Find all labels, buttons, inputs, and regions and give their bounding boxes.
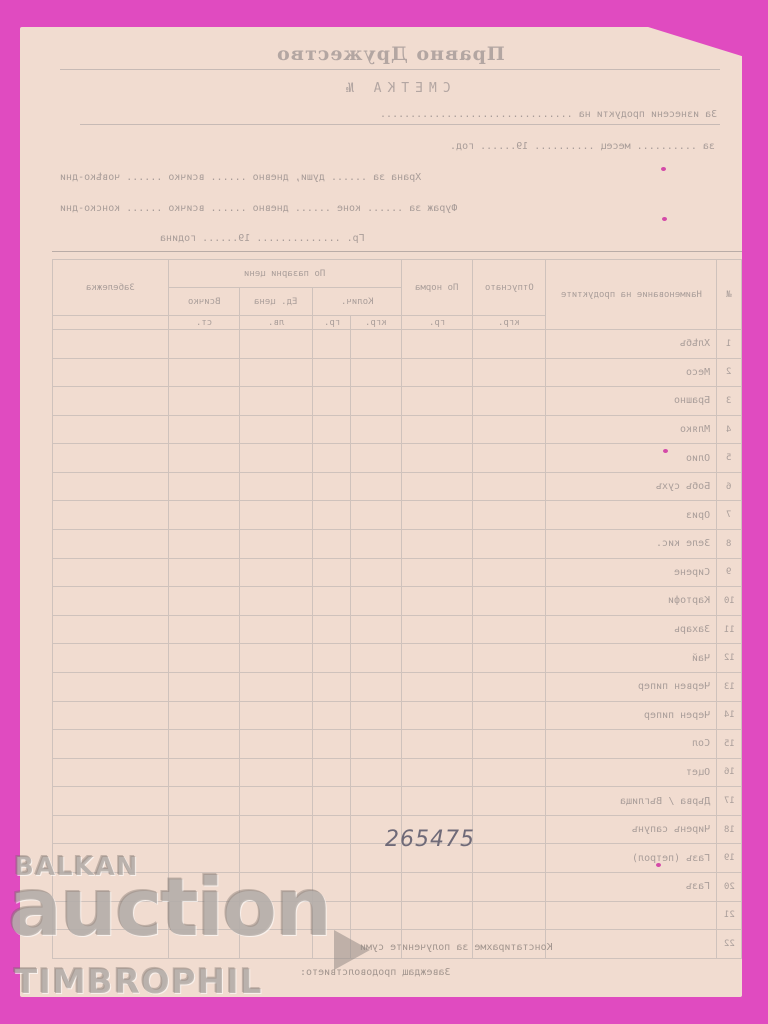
cell-item-name: Олио xyxy=(546,444,717,473)
cell-norm xyxy=(402,872,473,901)
cell-issued xyxy=(473,901,546,930)
cell-total xyxy=(169,672,240,701)
cell-item-name: Зеле кис. xyxy=(546,530,717,559)
col-total: Всичко xyxy=(169,288,240,316)
cell-row-number: 12 xyxy=(717,644,742,673)
col-group-market: По пазарни цени xyxy=(169,260,402,288)
pinhole xyxy=(663,449,668,453)
cell-total xyxy=(169,615,240,644)
unit-cell: ст. xyxy=(169,316,240,330)
cell-norm xyxy=(402,358,473,387)
cell-row-number: 9 xyxy=(717,558,742,587)
cell-row-number: 7 xyxy=(717,501,742,530)
cell-remarks xyxy=(53,730,169,759)
cell-qty-a xyxy=(313,672,351,701)
table-row: Зеле кис.8 xyxy=(53,530,742,559)
table-row: Месо2 xyxy=(53,358,742,387)
cell-row-number: 3 xyxy=(717,387,742,416)
cell-item-name: Хлѣбъ xyxy=(546,330,717,359)
pinhole xyxy=(656,863,661,867)
form-title-text: СМЕТКА № xyxy=(340,81,451,96)
header-line-2: за .......... месец .......... 19...... … xyxy=(450,141,715,152)
cell-row-number: 8 xyxy=(717,530,742,559)
cell-row-number: 6 xyxy=(717,472,742,501)
cell-unit-price xyxy=(240,615,313,644)
cell-issued xyxy=(473,444,546,473)
cell-issued xyxy=(473,672,546,701)
cell-unit-price xyxy=(240,501,313,530)
header-line-4: Фураж за ...... коне ...... дневно .....… xyxy=(60,203,457,214)
cell-unit-price xyxy=(240,587,313,616)
cell-remarks xyxy=(53,587,169,616)
cell-item-name: Ориз xyxy=(546,501,717,530)
cell-total xyxy=(169,501,240,530)
cell-remarks xyxy=(53,444,169,473)
table-row: Мляко4 xyxy=(53,415,742,444)
cell-qty-a xyxy=(313,787,351,816)
cell-qty-a xyxy=(313,415,351,444)
cell-norm xyxy=(402,901,473,930)
cell-row-number: 10 xyxy=(717,587,742,616)
table-row: Захарь11 xyxy=(53,615,742,644)
cell-issued xyxy=(473,587,546,616)
footer-line-2: Завеждащ продоволствието: xyxy=(300,967,451,978)
cell-issued xyxy=(473,530,546,559)
cell-qty-a xyxy=(313,358,351,387)
cell-unit-price xyxy=(240,472,313,501)
cell-norm xyxy=(402,415,473,444)
cell-qty-b xyxy=(351,615,402,644)
cell-issued xyxy=(473,615,546,644)
cell-remarks xyxy=(53,615,169,644)
col-quantity: Колич. xyxy=(313,288,402,316)
unit-cell: кгр. xyxy=(473,316,546,330)
cell-norm xyxy=(402,587,473,616)
cell-total xyxy=(169,587,240,616)
cell-qty-a xyxy=(313,644,351,673)
cell-row-number: 19 xyxy=(717,844,742,873)
cell-qty-a xyxy=(313,444,351,473)
cell-item-name: Месо xyxy=(546,358,717,387)
cell-qty-b xyxy=(351,387,402,416)
cell-unit-price xyxy=(240,530,313,559)
header-line-1: За изнесени продукти на ................… xyxy=(380,109,717,120)
cell-item-name: Картофи xyxy=(546,587,717,616)
cell-unit-price xyxy=(240,672,313,701)
cell-row-number: 16 xyxy=(717,758,742,787)
cell-qty-b xyxy=(351,587,402,616)
cell-issued xyxy=(473,815,546,844)
table-row: Олио5 xyxy=(53,444,742,473)
cell-item-name: Оцет xyxy=(546,758,717,787)
cell-row-number: 18 xyxy=(717,815,742,844)
cell-qty-b xyxy=(351,358,402,387)
cell-item-name: Сол xyxy=(546,730,717,759)
cell-item-name: Сирене xyxy=(546,558,717,587)
cell-row-number: 11 xyxy=(717,615,742,644)
table-row: Червен пипер13 xyxy=(53,672,742,701)
cell-qty-b xyxy=(351,730,402,759)
cell-item-name: Бобъ сухъ xyxy=(546,472,717,501)
products-table: Забележка По пазарни цени По норма Отпус… xyxy=(52,259,742,959)
cell-issued xyxy=(473,358,546,387)
cell-qty-b xyxy=(351,701,402,730)
cell-remarks xyxy=(53,530,169,559)
cell-norm xyxy=(402,615,473,644)
cell-issued xyxy=(473,415,546,444)
cell-issued xyxy=(473,730,546,759)
col-remarks: Забележка xyxy=(53,260,169,316)
cell-remarks xyxy=(53,787,169,816)
cell-row-number: 5 xyxy=(717,444,742,473)
cell-row-number: 4 xyxy=(717,415,742,444)
cell-total xyxy=(169,415,240,444)
cell-issued xyxy=(473,644,546,673)
table-row: Сол15 xyxy=(53,730,742,759)
cell-qty-b xyxy=(351,501,402,530)
table-row: Оцет16 xyxy=(53,758,742,787)
cell-item-name xyxy=(546,930,717,959)
pinhole xyxy=(662,217,667,221)
cell-norm xyxy=(402,530,473,559)
cell-total xyxy=(169,787,240,816)
cell-issued xyxy=(473,758,546,787)
table-row: Бобъ сухъ6 xyxy=(53,472,742,501)
cell-unit-price xyxy=(240,758,313,787)
cell-qty-b xyxy=(351,558,402,587)
cell-item-name: Черен пипер xyxy=(546,701,717,730)
cell-unit-price xyxy=(240,415,313,444)
cell-row-number: 20 xyxy=(717,872,742,901)
cell-remarks xyxy=(53,330,169,359)
cell-norm xyxy=(402,501,473,530)
cell-remarks xyxy=(53,758,169,787)
footer-line-1-text: Констатирахме за получените суми xyxy=(360,942,553,953)
table-row: Дърва / Въглища17 xyxy=(53,787,742,816)
cell-row-number: 15 xyxy=(717,730,742,759)
cell-norm xyxy=(402,644,473,673)
cell-norm xyxy=(402,444,473,473)
cell-unit-price xyxy=(240,701,313,730)
unit-cell: кгр. xyxy=(351,316,402,330)
cell-row-number: 2 xyxy=(717,358,742,387)
cell-unit-price xyxy=(240,815,313,844)
cell-total xyxy=(169,758,240,787)
table-row: Картофи10 xyxy=(53,587,742,616)
footer-line-1: Констатирахме за получените суми xyxy=(360,942,553,953)
cell-issued xyxy=(473,387,546,416)
cell-issued xyxy=(473,472,546,501)
cell-row-number: 13 xyxy=(717,672,742,701)
cell-item-name xyxy=(546,901,717,930)
cell-total xyxy=(169,558,240,587)
cell-qty-a xyxy=(313,472,351,501)
cell-item-name: Захарь xyxy=(546,615,717,644)
cell-qty-a xyxy=(313,558,351,587)
table-top-rule xyxy=(52,251,742,252)
header-line-4-text: Фураж за ...... коне ...... дневно .....… xyxy=(60,203,457,214)
cell-qty-b xyxy=(351,644,402,673)
unit-cell: гр. xyxy=(313,316,351,330)
header-line-2-text: за .......... месец .......... 19...... … xyxy=(450,141,715,152)
cell-issued xyxy=(473,787,546,816)
cell-unit-price xyxy=(240,358,313,387)
cell-qty-b xyxy=(351,415,402,444)
cell-row-number: 14 xyxy=(717,701,742,730)
cell-total xyxy=(169,358,240,387)
cell-remarks xyxy=(53,358,169,387)
cell-item-name: Газъ xyxy=(546,872,717,901)
unit-cell: лв. xyxy=(240,316,313,330)
watermark-timbrophil: TIMBROPHIL xyxy=(14,962,262,1002)
table-row: Чай12 xyxy=(53,644,742,673)
cell-remarks xyxy=(53,672,169,701)
cell-qty-b xyxy=(351,330,402,359)
header-line-3: Храна за ...... души, дневно ...... всич… xyxy=(60,172,421,183)
col-issued: Отпуснато xyxy=(473,260,546,316)
cell-item-name: Мляко xyxy=(546,415,717,444)
cell-norm xyxy=(402,472,473,501)
cell-qty-a xyxy=(313,387,351,416)
header-line-5: Гр. .............. 19...... година xyxy=(160,233,365,244)
cell-qty-a xyxy=(313,701,351,730)
cell-qty-b xyxy=(351,758,402,787)
cell-row-number: 1 xyxy=(717,330,742,359)
handwritten-number: 265475 xyxy=(385,827,475,852)
cell-remarks xyxy=(53,644,169,673)
cell-qty-b xyxy=(351,787,402,816)
cell-total xyxy=(169,644,240,673)
table-row: Хлѣбъ1 xyxy=(53,330,742,359)
cell-remarks xyxy=(53,501,169,530)
cell-item-name: Червен пипер xyxy=(546,672,717,701)
table-row: Ориз7 xyxy=(53,501,742,530)
header-line-5-text: Гр. .............. 19...... година xyxy=(160,233,365,244)
header-line-3-text: Храна за ...... души, дневно ...... всич… xyxy=(60,172,421,183)
cell-item-name: Чай xyxy=(546,644,717,673)
cell-norm xyxy=(402,558,473,587)
cell-item-name: Чиренъ сапунъ xyxy=(546,815,717,844)
cell-row-number: 21 xyxy=(717,901,742,930)
cell-row-number: 17 xyxy=(717,787,742,816)
cell-issued xyxy=(473,558,546,587)
cell-unit-price xyxy=(240,787,313,816)
cell-norm xyxy=(402,387,473,416)
cell-total xyxy=(169,472,240,501)
watermark-arrow-icon xyxy=(334,930,370,970)
cell-issued xyxy=(473,844,546,873)
issuer-title: Правно Дружество xyxy=(200,43,580,65)
cell-qty-b xyxy=(351,472,402,501)
cell-unit-price xyxy=(240,644,313,673)
title-rule xyxy=(60,69,720,70)
table-row: Сирене9 xyxy=(53,558,742,587)
col-unit-price: Ед. цена xyxy=(240,288,313,316)
unit-cell: гр. xyxy=(402,316,473,330)
cell-item-name: Газъ (петрол) xyxy=(546,844,717,873)
cell-norm xyxy=(402,330,473,359)
cell-qty-b xyxy=(351,530,402,559)
cell-remarks xyxy=(53,701,169,730)
cell-qty-a xyxy=(313,815,351,844)
cell-qty-a xyxy=(313,587,351,616)
cell-unit-price xyxy=(240,558,313,587)
cell-remarks xyxy=(53,815,169,844)
cell-remarks xyxy=(53,558,169,587)
cell-item-name: Брашно xyxy=(546,387,717,416)
cell-norm xyxy=(402,787,473,816)
cell-row-number: 22 xyxy=(717,930,742,959)
issuer-text: Правно Дружество xyxy=(276,43,505,65)
cell-qty-a xyxy=(313,615,351,644)
cell-remarks xyxy=(53,472,169,501)
cell-norm xyxy=(402,672,473,701)
cell-unit-price xyxy=(240,730,313,759)
table-row: Черен пипер14 xyxy=(53,701,742,730)
cell-total xyxy=(169,730,240,759)
rule-1 xyxy=(80,124,720,125)
footer-line-2-text: Завеждащ продоволствието: xyxy=(300,967,451,978)
cell-qty-a xyxy=(313,501,351,530)
cell-total xyxy=(169,387,240,416)
cell-qty-a xyxy=(313,758,351,787)
cell-qty-b xyxy=(351,901,402,930)
cell-qty-a xyxy=(313,530,351,559)
table-row: Брашно3 xyxy=(53,387,742,416)
cell-total xyxy=(169,444,240,473)
cell-total xyxy=(169,815,240,844)
cell-remarks xyxy=(53,415,169,444)
cell-qty-a xyxy=(313,330,351,359)
cell-qty-b xyxy=(351,872,402,901)
cell-norm xyxy=(402,730,473,759)
col-item-name: Наименование на продуктите xyxy=(546,260,717,330)
cell-issued xyxy=(473,330,546,359)
pinhole xyxy=(661,167,666,171)
unit-cell xyxy=(53,316,169,330)
cell-unit-price xyxy=(240,330,313,359)
watermark-auction: auction xyxy=(8,868,330,948)
col-num: № xyxy=(717,260,742,330)
cell-total xyxy=(169,701,240,730)
cell-issued xyxy=(473,501,546,530)
cell-qty-a xyxy=(313,730,351,759)
col-by-norm: По норма xyxy=(402,260,473,316)
cell-issued xyxy=(473,701,546,730)
cell-norm xyxy=(402,701,473,730)
cell-unit-price xyxy=(240,444,313,473)
cell-qty-b xyxy=(351,672,402,701)
cell-remarks xyxy=(53,387,169,416)
form-title: СМЕТКА № xyxy=(270,81,520,96)
cell-item-name: Дърва / Въглища xyxy=(546,787,717,816)
cell-qty-b xyxy=(351,444,402,473)
header-line-1-text: За изнесени продукти на ................… xyxy=(380,109,717,120)
cell-unit-price xyxy=(240,387,313,416)
cell-total xyxy=(169,530,240,559)
cell-issued xyxy=(473,872,546,901)
cell-total xyxy=(169,330,240,359)
cell-norm xyxy=(402,758,473,787)
